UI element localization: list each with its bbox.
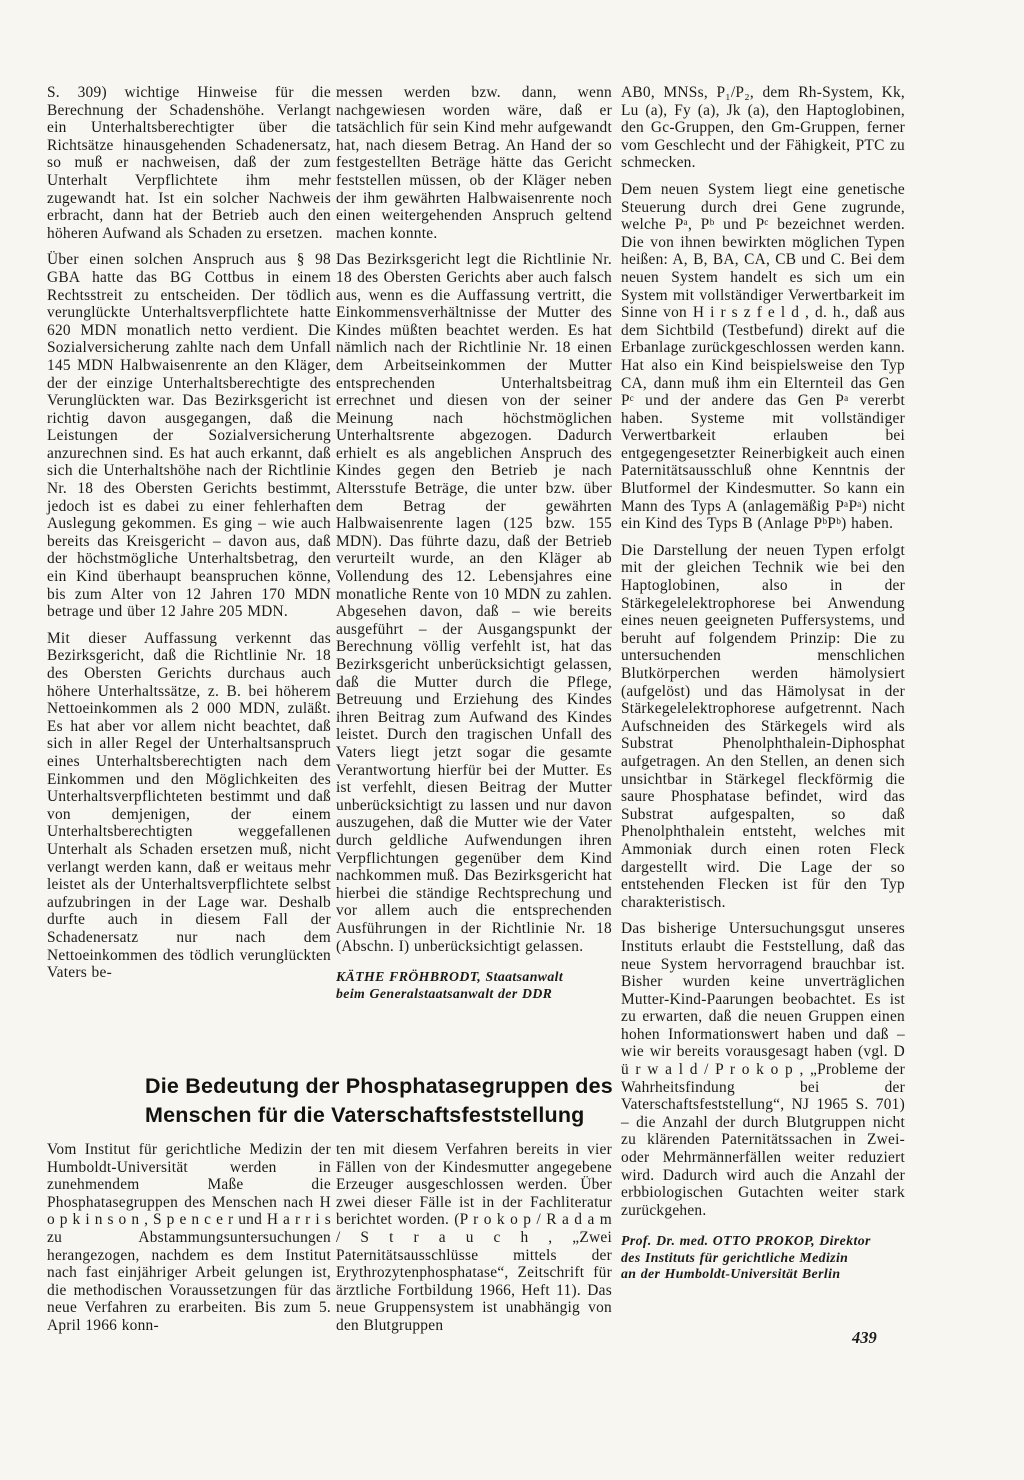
paragraph: Das bisherige Untersuchungsgut unseres I… [621,920,905,1219]
article1-left-column: S. 309) wichtige Hinweise für die Berech… [47,84,331,982]
paragraph: Dem neuen System liegt eine genetische S… [621,181,905,533]
article2-middle-column: ten mit diesem Verfahren bereits in vier… [336,1141,612,1335]
paragraph: Mit dieser Auffassung verkennt das Bezir… [47,630,331,982]
article2-title-line2: Menschen für die Vaterschaftsfeststellun… [145,1101,615,1130]
author-line: Prof. Dr. med. OTTO PROKOP, Direktor [621,1233,905,1250]
article2-right-column: AB0, MNSs, P₁/P₂, dem Rh-System, Kk, Lu … [621,84,905,1283]
paragraph: messen werden bzw. dann, wenn nachgewies… [336,84,612,242]
author-line: des Instituts für gerichtliche Medizin [621,1250,905,1267]
article2-author-signature: Prof. Dr. med. OTTO PROKOP, Direktor des… [621,1233,905,1283]
paragraph: Das Bezirksgericht legt die Richtlinie N… [336,251,612,955]
paragraph: ten mit diesem Verfahren bereits in vier… [336,1141,612,1335]
paragraph: AB0, MNSs, P₁/P₂, dem Rh-System, Kk, Lu … [621,84,905,172]
paragraph: Vom Institut für gerichtliche Medizin de… [47,1141,331,1335]
article2-left-column: Vom Institut für gerichtliche Medizin de… [47,1141,331,1335]
article1-author-signature: KÄTHE FRÖHBRODT, Staatsanwalt beim Gener… [336,969,612,1002]
article1-middle-column: messen werden bzw. dann, wenn nachgewies… [336,84,612,1002]
paragraph: Über einen solchen Anspruch aus § 98 GBA… [47,251,331,620]
author-line: beim Generalstaatsanwalt der DDR [336,986,612,1003]
paragraph: S. 309) wichtige Hinweise für die Berech… [47,84,331,242]
article2-title-line1: Die Bedeutung der Phosphatasegruppen des [145,1072,615,1101]
paragraph: Die Darstellung der neuen Typen erfolgt … [621,542,905,911]
journal-page-scan: S. 309) wichtige Hinweise für die Berech… [0,0,1024,1480]
author-line: an der Humboldt-Universität Berlin [621,1266,905,1283]
article2-title: Die Bedeutung der Phosphatasegruppen des… [145,1072,615,1129]
author-line: KÄTHE FRÖHBRODT, Staatsanwalt [336,969,612,986]
page-number: 439 [852,1328,877,1348]
